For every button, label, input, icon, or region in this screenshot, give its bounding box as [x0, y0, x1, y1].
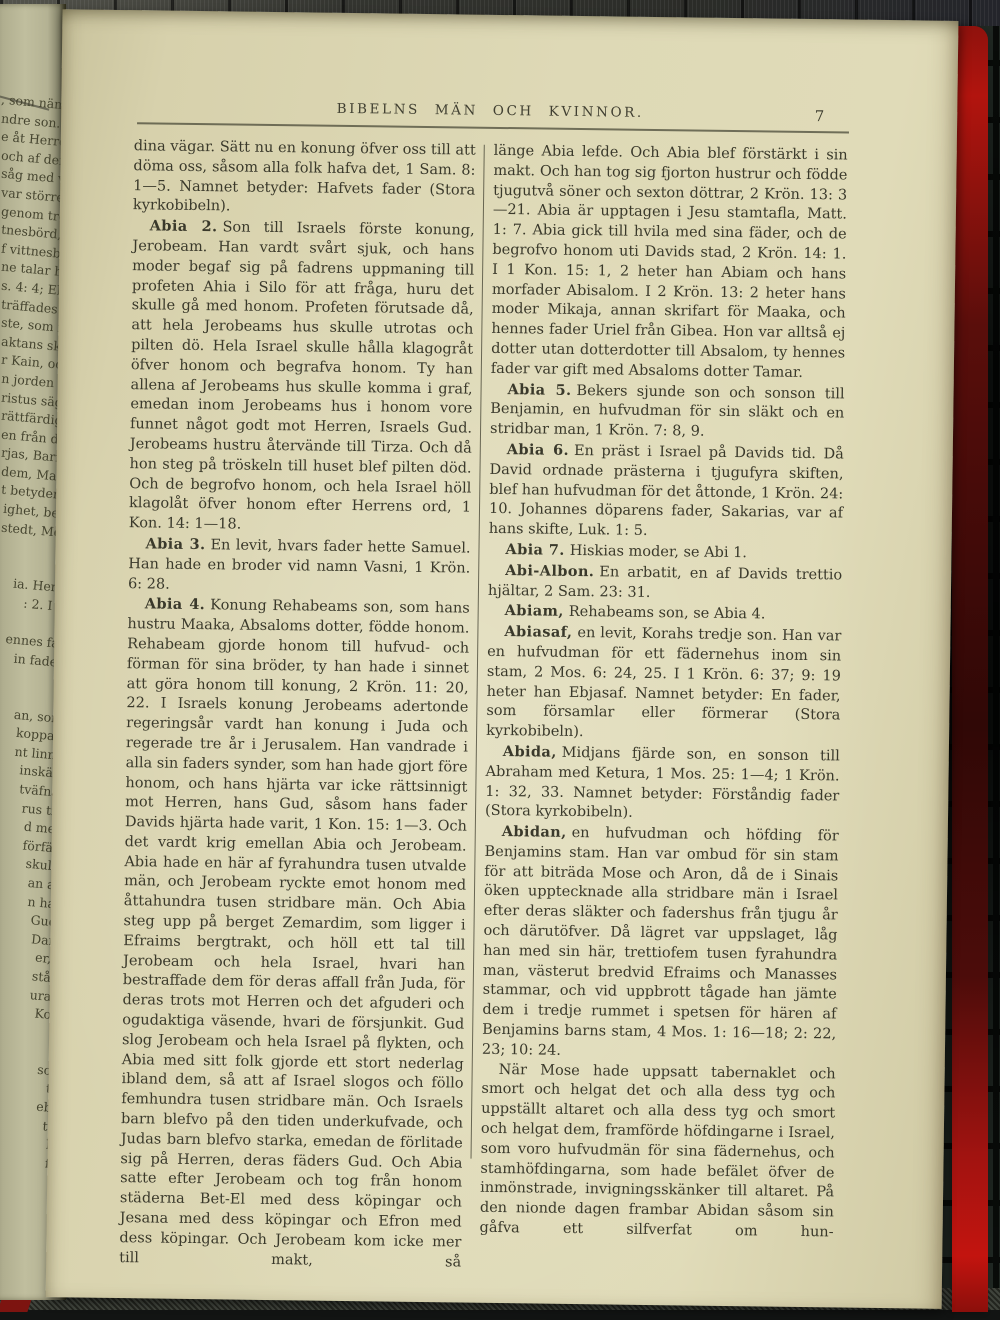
entry-name: Abida, [503, 743, 562, 761]
text-column-left: dina vägar. Sätt nu en konung öfver oss … [119, 137, 476, 1273]
entry-name: Abidan, [502, 823, 572, 841]
entry-name: Abia 3. [145, 535, 210, 553]
paragraph: Abida,Midjans fjärde son, en sonson till… [485, 742, 840, 827]
text-columns: dina vägar. Sätt nu en konung öfver oss … [134, 137, 848, 146]
entry-name: Abiasaf, [504, 623, 577, 641]
running-header-title: BIBELNS MÄN OCH KVINNOR. [134, 98, 846, 123]
paragraph: dina vägar. Sätt nu en konung öfver oss … [133, 137, 476, 221]
entry-name: Abia 2. [150, 218, 223, 236]
paragraph: Abidan,en hufvudman och höfding för Benj… [482, 822, 839, 1065]
entry-name: Abiam, [505, 602, 569, 620]
book-cover-red-edge [952, 26, 988, 1312]
bottom-shadow [0, 1310, 1000, 1320]
text-column-right: länge Abia lefde. Och Abia blef förstärk… [479, 142, 847, 1243]
entry-name: Abia 5. [507, 381, 576, 399]
paragraph: Abia 4.Konung Rehabeams son, som hans hu… [119, 594, 470, 1273]
paragraph: Abia 3.En levit, hvars fader hette Samue… [128, 534, 471, 599]
entry-name: Abia 6. [507, 441, 574, 459]
paragraph: Abia 6.En präst i Israel på Davids tid. … [489, 440, 844, 545]
paragraph: länge Abia lefde. Och Abia blef förstärk… [491, 142, 848, 384]
entry-name: Abia 4. [145, 596, 211, 614]
entry-name: Abia 7. [505, 541, 569, 559]
paragraph: Abi-Albon.En arbatit, en af Davids trett… [488, 561, 843, 606]
paragraph: Abia 5.Bekers sjunde son och sonson till… [490, 379, 845, 444]
paragraph: Abia 2.Son till Israels förste konung, J… [129, 216, 475, 538]
scanned-book-photo: , som nämnesndre son. Hane åt Herren afo… [0, 0, 1000, 1320]
page-number: 7 [815, 107, 825, 125]
entry-name: Abi-Albon. [505, 562, 599, 580]
paragraph: Abiasaf,en levit, Korahs tredje son. Han… [486, 622, 842, 746]
book-page: BIBELNS MÄN OCH KVINNOR. 7 dina vägar. S… [46, 9, 959, 1309]
paragraph: När Mose hade uppsatt tabernaklet och sm… [479, 1060, 835, 1243]
